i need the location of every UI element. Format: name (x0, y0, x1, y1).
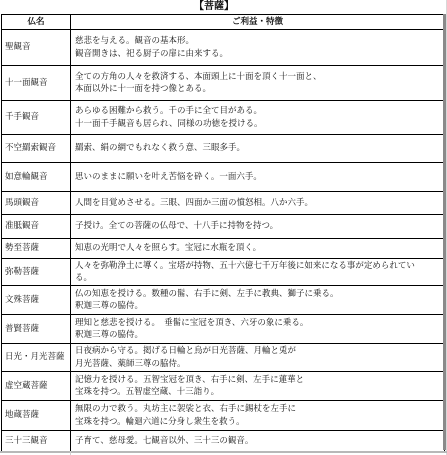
benefit-cell[interactable]: 子育て、慈母愛。七観音以外、三十三の観音。 (71, 431, 445, 452)
benefit-line: 記憶力を授ける。五智宝冠を頂き、右手に剣、左手に蓮華と (75, 374, 444, 387)
table-row: 勢至菩薩知恵の光明で人々を照らす。宝冠に水瓶を頂く。 (2, 239, 445, 259)
benefit-line: 無限の力で救う。丸坊主に袈裟と衣、右手に錫杖を左手に (75, 403, 444, 416)
benefit-cell[interactable]: 慈悲を与える。観音の基本形。観音開きは、祀る厨子の扉に由来する。 (71, 30, 445, 66)
benefit-cell[interactable]: 理知と慈悲を授ける。 垂髷に宝冠を頂き、六牙の象に乗る。釈迦三尊の脇侍。 (71, 315, 445, 344)
buddha-name-cell[interactable]: 聖観音 (2, 30, 71, 66)
table-row: 普賢菩薩理知と慈悲を授ける。 垂髷に宝冠を頂き、六牙の象に乗る。釈迦三尊の脇侍。 (2, 315, 445, 344)
bodhisattva-table: 仏名 ご利益・特徴 聖観音慈悲を与える。観音の基本形。観音開きは、祀る厨子の扉に… (1, 14, 445, 452)
header-benefit[interactable]: ご利益・特徴 (71, 15, 445, 30)
table-row: 馬頭観音人間を目覚めさせる。三眼、四面か三面の憤怒相。八か六手。 (2, 192, 445, 215)
benefit-line: 思いのままに願いを叶え苦悩を砕く。一面六手。 (75, 171, 444, 184)
benefit-cell[interactable]: 全ての方角の人々を救済する、本面頭上に十面を頂く十一面と、本面以外に十一面を持つ… (71, 66, 445, 101)
buddha-name-cell[interactable]: 文殊菩薩 (2, 286, 71, 315)
benefit-cell[interactable]: 知恵の光明で人々を照らす。宝冠に水瓶を頂く。 (71, 239, 445, 259)
header-row: 仏名 ご利益・特徴 (2, 15, 445, 30)
buddha-name-cell[interactable]: 普賢菩薩 (2, 315, 71, 344)
benefit-line: 羂索、絹の網でもれなく救う意、三眼多手。 (75, 142, 444, 155)
table-row: 准胝観音子授け。全ての菩薩の仏母で、十八手に持物を持つ。 (2, 215, 445, 239)
benefit-line: 十一面千手観音も居られ、同様の功徳を授ける。 (75, 118, 444, 131)
benefit-line: 子授け。全ての菩薩の仏母で、十八手に持物を持つ。 (75, 220, 444, 233)
buddha-name-cell[interactable]: 如意輪観音 (2, 163, 71, 192)
benefit-cell[interactable]: 子授け。全ての菩薩の仏母で、十八手に持物を持つ。 (71, 215, 445, 239)
buddha-name-cell[interactable]: 三十三観音 (2, 431, 71, 452)
table-row: 千手観音あらゆる困難から救う。千の手に全て目がある。十一面千手観音も居られ、同様… (2, 101, 445, 135)
buddha-name-cell[interactable]: 弥勒菩薩 (2, 259, 71, 286)
buddha-name-cell[interactable]: 虚空蔵菩薩 (2, 372, 71, 401)
table-row: 三十三観音子育て、慈母愛。七観音以外、三十三の観音。 (2, 431, 445, 452)
buddha-name-cell[interactable]: 勢至菩薩 (2, 239, 71, 259)
benefit-line: 人々を弥勒浄土に導く。宝塔が持物、五十六億七千万年後に如来になる事が定められてい (75, 260, 444, 273)
benefit-line: 宝珠を持つ。五智虚空蔵、十三詣り。 (75, 386, 444, 399)
gridline-horizontal (0, 451, 447, 453)
table-row: 如意輪観音思いのままに願いを叶え苦悩を砕く。一面六手。 (2, 163, 445, 192)
benefit-cell[interactable]: 無限の力で救う。丸坊主に袈裟と衣、右手に錫杖を左手に宝珠を持つ。輪廻六道に分身し… (71, 401, 445, 431)
benefit-line: 知恵の光明で人々を照らす。宝冠に水瓶を頂く。 (75, 242, 444, 255)
benefit-cell[interactable]: あらゆる困難から救う。千の手に全て目がある。十一面千手観音も居られ、同様の功徳を… (71, 101, 445, 135)
table-body: 聖観音慈悲を与える。観音の基本形。観音開きは、祀る厨子の扉に由来する。十一面観音… (2, 30, 445, 452)
buddha-name-cell[interactable]: 地蔵菩薩 (2, 401, 71, 431)
buddha-name-cell[interactable]: 馬頭観音 (2, 192, 71, 215)
spreadsheet-view: 【菩薩】 仏名 ご利益・特徴 聖観音慈悲を与える。観音の基本形。観音開きは、祀る… (0, 0, 447, 455)
benefit-line: 人間を目覚めさせる。三眼、四面か三面の憤怒相。八か六手。 (75, 197, 444, 210)
benefit-line: 理知と慈悲を授ける。 垂髷に宝冠を頂き、六牙の象に乗る。 (75, 317, 444, 330)
header-name[interactable]: 仏名 (2, 15, 71, 30)
table-row: 聖観音慈悲を与える。観音の基本形。観音開きは、祀る厨子の扉に由来する。 (2, 30, 445, 66)
table-row: 十一面観音全ての方角の人々を救済する、本面頭上に十面を頂く十一面と、本面以外に十… (2, 66, 445, 101)
benefit-cell[interactable]: 仏の知恵を授ける。数種の髷、右手に剣、左手に教典、獅子に乗る。釈迦三尊の脇侍。 (71, 286, 445, 315)
benefit-line: 月光菩薩、薬師三尊の脇侍。 (75, 358, 444, 371)
benefit-cell[interactable]: 日夜病から守る。掲げる日輪と烏が日光菩薩、月輪と兎が月光菩薩、薬師三尊の脇侍。 (71, 344, 445, 372)
buddha-name-cell[interactable]: 日光・月光菩薩 (2, 344, 71, 372)
table-row: 文殊菩薩仏の知恵を授ける。数種の髷、右手に剣、左手に教典、獅子に乗る。釈迦三尊の… (2, 286, 445, 315)
buddha-name-cell[interactable]: 十一面観音 (2, 66, 71, 101)
benefit-line: 仏の知恵を授ける。数種の髷、右手に剣、左手に教典、獅子に乗る。 (75, 288, 444, 301)
benefit-cell[interactable]: 人々を弥勒浄土に導く。宝塔が持物、五十六億七千万年後に如来になる事が定められてい… (71, 259, 445, 286)
table-row: 弥勒菩薩人々を弥勒浄土に導く。宝塔が持物、五十六億七千万年後に如来になる事が定め… (2, 259, 445, 286)
benefit-line: 日夜病から守る。掲げる日輪と烏が日光菩薩、月輪と兎が (75, 345, 444, 358)
benefit-line: る。 (75, 272, 444, 285)
benefit-line: 子育て、慈母愛。七観音以外、三十三の観音。 (75, 435, 444, 448)
benefit-line: 観音開きは、祀る厨子の扉に由来する。 (75, 48, 444, 61)
benefit-cell[interactable]: 人間を目覚めさせる。三眼、四面か三面の憤怒相。八か六手。 (71, 192, 445, 215)
buddha-name-cell[interactable]: 准胝観音 (2, 215, 71, 239)
buddha-name-cell[interactable]: 不空羂索観音 (2, 135, 71, 163)
gridline-cell-divider (70, 451, 71, 455)
benefit-line: 釈迦三尊の脇侍。 (75, 300, 444, 313)
benefit-line: 本面以外に十一面を持つ像とある。 (75, 83, 444, 96)
benefit-line: あらゆる困難から救う。千の手に全て目がある。 (75, 105, 444, 118)
benefit-line: 慈悲を与える。観音の基本形。 (75, 35, 444, 48)
sheet-title: 【菩薩】 (0, 0, 428, 14)
table-row: 日光・月光菩薩日夜病から守る。掲げる日輪と烏が日光菩薩、月輪と兎が月光菩薩、薬師… (2, 344, 445, 372)
benefit-cell[interactable]: 思いのままに願いを叶え苦悩を砕く。一面六手。 (71, 163, 445, 192)
benefit-line: 宝珠を持つ。輪廻六道に分身し衆生を救う。 (75, 416, 444, 429)
buddha-name-cell[interactable]: 千手観音 (2, 101, 71, 135)
benefit-cell[interactable]: 羂索、絹の網でもれなく救う意、三眼多手。 (71, 135, 445, 163)
benefit-line: 全ての方角の人々を救済する、本面頭上に十面を頂く十一面と、 (75, 71, 444, 84)
table-row: 地蔵菩薩無限の力で救う。丸坊主に袈裟と衣、右手に錫杖を左手に宝珠を持つ。輪廻六道… (2, 401, 445, 431)
benefit-line: 釈迦三尊の脇侍。 (75, 329, 444, 342)
table-row: 虚空蔵菩薩記憶力を授ける。五智宝冠を頂き、右手に剣、左手に蓮華と宝珠を持つ。五智… (2, 372, 445, 401)
table-row: 不空羂索観音羂索、絹の網でもれなく救う意、三眼多手。 (2, 135, 445, 163)
benefit-cell[interactable]: 記憶力を授ける。五智宝冠を頂き、右手に剣、左手に蓮華と宝珠を持つ。五智虚空蔵、十… (71, 372, 445, 401)
